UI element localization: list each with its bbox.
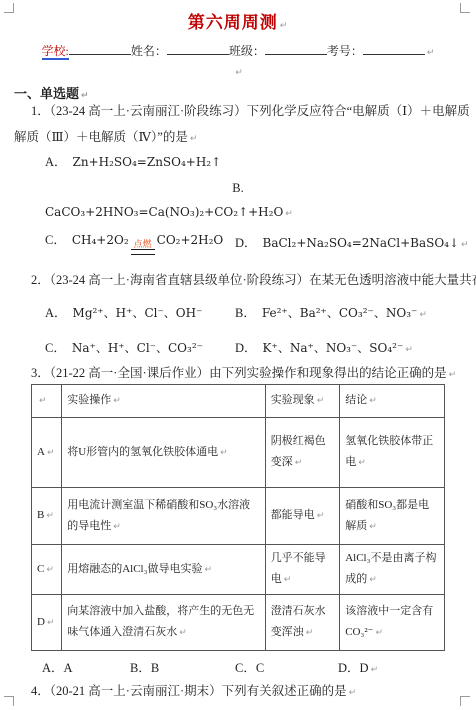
q2-option-d: D．K⁺、Na⁺、NO₃⁻、SO₄²⁻↵: [235, 338, 413, 356]
row-a-conclusion: 氢氧化铁胶体带正电↵: [340, 418, 445, 488]
row-conclusion: 该溶液中一定含有CO₃²⁻: [345, 605, 433, 638]
paragraph-mark: ↵: [375, 628, 383, 638]
q1-option-d-formula: BaCl₂+Na₂SO₄=2NaCl+BaSO₄↓: [263, 236, 460, 250]
paragraph-mark: ↵: [46, 565, 54, 575]
paragraph-mark: ↵: [204, 565, 212, 575]
student-info-line: 学校:姓名：班级：考号：↵: [0, 41, 476, 59]
row-letter: A: [37, 446, 45, 458]
paragraph-mark: ↵: [369, 575, 377, 585]
row-letter: B: [37, 509, 44, 521]
q1-option-b-label-line: B.: [0, 181, 476, 196]
q1-option-a-formula: Zn+H₂SO₄=ZnSO₄+H₂↑: [73, 155, 222, 169]
paragraph-mark: ↵: [47, 618, 55, 628]
header-empty-cell: ↵: [32, 385, 62, 418]
row-a-operation: 将U形管内的氢氧化铁胶体通电↵: [62, 418, 265, 488]
q2-option-b-label: B．: [235, 306, 256, 320]
school-label-underline: 学校:: [42, 44, 69, 59]
question-4: 4．（20-21 高一上·云南丽江·期末）下列有关叙述正确的是↵: [31, 681, 356, 699]
q2-option-c: C．Na⁺、H⁺、Cl⁻、CO₃²⁻: [45, 338, 203, 356]
section-heading-text: 一、单选题: [14, 86, 79, 101]
school-label: 学校:: [42, 44, 69, 60]
row-b-phenomenon: 都能导电↵: [265, 488, 340, 545]
q1-option-d-label: D．: [235, 236, 257, 250]
row-letter: C: [37, 563, 44, 575]
header-operation-text: 实验操作: [67, 394, 111, 406]
page-title: 第六周周测↵: [0, 8, 476, 33]
question-1-line-2: 解质（Ⅲ）＋电解质（Ⅳ）”的是↵: [14, 127, 197, 145]
row-operation: 用电流计测室温下稀硝酸和SO₃水溶液的导电性: [67, 499, 250, 532]
q2-option-d-ions: K⁺、Na⁺、NO₃⁻、SO₄²⁻: [263, 341, 404, 355]
question-1-text: 1．（23-24 高一上·云南丽江·阶段练习）下列化学反应符合“电解质（Ⅰ）＋电…: [31, 104, 476, 118]
q3-answer-b: B．B: [130, 658, 159, 676]
q1-option-c: C．CH₄+2O₂点燃CO₂+2H₂O: [45, 230, 223, 255]
row-conclusion: 硝酸和SO₃都是电解质: [345, 499, 429, 532]
q1-option-b-formula: CaCO₃+2HNO₃=Ca(NO₃)₂+CO₂↑+H₂O: [45, 205, 283, 219]
paragraph-mark: ↵: [39, 396, 47, 406]
row-operation: 用熔融态的AlCl₃做导电实验: [67, 563, 202, 575]
q2-option-c-label: C．: [45, 341, 66, 355]
row-conclusion: AlCl₃不是由离子构成的: [345, 552, 436, 585]
question-3-text: 3．（21-22 高一·全国·课后作业）由下列实验操作和现象得出的结论正确的是: [31, 366, 447, 380]
row-phenomenon: 几乎不能导电: [271, 552, 326, 585]
q1-option-c-label: C．: [45, 233, 66, 247]
paragraph-mark: ↵: [371, 665, 379, 675]
q1-option-a: A．Zn+H₂SO₄=ZnSO₄+H₂↑: [45, 152, 221, 170]
paragraph-mark: ↵: [81, 91, 89, 101]
question-4-text: 4．（20-21 高一上·云南丽江·期末）下列有关叙述正确的是: [31, 684, 347, 698]
paragraph-mark: ↵: [369, 396, 377, 406]
paragraph-mark: ↵: [47, 448, 55, 458]
q3-answer-a: A．A: [42, 658, 73, 676]
q1-option-c-formula-left: CH₄+2O₂: [72, 233, 129, 247]
page-title-text: 第六周周测: [188, 13, 278, 32]
exam-no-blank: [363, 41, 425, 55]
header-conclusion-text: 结论: [345, 394, 367, 406]
document-page: 第六周周测↵ 学校:姓名：班级：考号：↵ ↵ 一、单选题↵ 1．（23-24 高…: [0, 0, 476, 710]
page-corner-mark-bottom-left: [4, 696, 14, 706]
q1-option-b-formula-line: CaCO₃+2HNO₃=Ca(NO₃)₂+CO₂↑+H₂O↵: [45, 205, 293, 220]
school-blank: [69, 41, 131, 55]
row-c-phenomenon: 几乎不能导电↵: [265, 545, 340, 595]
experiment-table: ↵ 实验操作↵ 实验现象↵ 结论↵ A↵ 将U形管内的氢氧化铁胶体通电↵ 阴极红…: [31, 384, 445, 651]
empty-paragraph: ↵: [0, 62, 476, 80]
question-1-text-cont: 解质（Ⅲ）＋电解质（Ⅳ）”的是: [14, 130, 188, 144]
q2-option-d-label: D．: [235, 341, 257, 355]
paragraph-mark: ↵: [369, 522, 377, 532]
q1-option-c-formula-right: CO₂+2H₂O: [157, 233, 224, 247]
q2-option-c-ions: Na⁺、H⁺、Cl⁻、CO₃²⁻: [72, 341, 203, 355]
combustion-condition-over-equals: 点燃: [131, 239, 155, 255]
section-heading: 一、单选题↵: [14, 83, 89, 102]
row-c-letter: C↵: [32, 545, 62, 595]
paragraph-mark: ↵: [113, 396, 121, 406]
exam-no-label: 考号：: [327, 44, 363, 58]
row-d-operation: 向某溶液中加入盐酸，将产生的无色无味气体通入澄清石灰水↵: [62, 595, 265, 651]
row-a-phenomenon: 阴极红褐色变深↵: [265, 418, 340, 488]
table-row-c: C↵ 用熔融态的AlCl₃做导电实验↵ 几乎不能导电↵ AlCl₃不是由离子构成…: [32, 545, 445, 595]
q3-answer-c: C．C: [235, 658, 264, 676]
q3-answer-a-text: A．A: [42, 661, 73, 675]
row-operation: 向某溶液中加入盐酸，将产生的无色无味气体通入澄清石灰水: [67, 605, 254, 638]
table-header-row: ↵ 实验操作↵ 实验现象↵ 结论↵: [32, 385, 445, 418]
table-row-d: D↵ 向某溶液中加入盐酸，将产生的无色无味气体通入澄清石灰水↵ 澄清石灰水变浑浊…: [32, 595, 445, 651]
paragraph-mark: ↵: [280, 21, 289, 31]
paragraph-mark: ↵: [235, 68, 243, 78]
row-d-letter: D↵: [32, 595, 62, 651]
page-corner-mark-bottom-right: [460, 696, 470, 706]
q2-option-a: A．Mg²⁺、H⁺、Cl⁻、OH⁻: [45, 303, 202, 321]
paragraph-mark: ↵: [220, 448, 228, 458]
paragraph-mark: ↵: [113, 522, 121, 532]
class-label: 班级：: [229, 44, 265, 58]
paragraph-mark: ↵: [190, 134, 198, 144]
combustion-condition-label: 点燃: [134, 239, 152, 249]
paragraph-mark: ↵: [317, 511, 325, 521]
q3-answer-c-text: C．C: [235, 661, 264, 675]
paragraph-mark: ↵: [295, 458, 303, 468]
paragraph-mark: ↵: [284, 575, 292, 585]
row-phenomenon: 澄清石灰水变浑浊: [271, 605, 326, 638]
question-2-text: 2．（23-24 高一上·海南省直辖县级单位·阶段练习）在某无色透明溶液中能大量…: [31, 273, 476, 287]
q1-option-b-label: B.: [232, 181, 243, 195]
paragraph-mark: ↵: [427, 48, 435, 58]
paragraph-mark: ↵: [46, 511, 54, 521]
class-blank: [265, 41, 327, 55]
row-d-conclusion: 该溶液中一定含有CO₃²⁻↵: [340, 595, 445, 651]
name-label: 姓名：: [131, 44, 167, 58]
table-row-a: A↵ 将U形管内的氢氧化铁胶体通电↵ 阴极红褐色变深↵ 氢氧化铁胶体带正电↵: [32, 418, 445, 488]
row-b-letter: B↵: [32, 488, 62, 545]
paragraph-mark: ↵: [349, 688, 357, 698]
header-operation: 实验操作↵: [62, 385, 265, 418]
q2-option-b-ions: Fe²⁺、Ba²⁺、CO₃²⁻、NO₃⁻: [262, 306, 418, 320]
question-1-line-1: 1．（23-24 高一上·云南丽江·阶段练习）下列化学反应符合“电解质（Ⅰ）＋电…: [31, 101, 476, 119]
q3-answer-b-text: B．B: [130, 661, 159, 675]
row-b-conclusion: 硝酸和SO₃都是电解质↵: [340, 488, 445, 545]
paragraph-mark: ↵: [358, 458, 366, 468]
q1-option-a-label: A．: [45, 155, 67, 169]
double-equals-line: [131, 249, 155, 255]
q2-option-b: B．Fe²⁺、Ba²⁺、CO₃²⁻、NO₃⁻↵: [235, 303, 427, 321]
paragraph-mark: ↵: [179, 628, 187, 638]
row-c-operation: 用熔融态的AlCl₃做导电实验↵: [62, 545, 265, 595]
question-2: 2．（23-24 高一上·海南省直辖县级单位·阶段练习）在某无色透明溶液中能大量…: [31, 270, 476, 288]
row-operation: 将U形管内的氢氧化铁胶体通电: [67, 446, 218, 458]
question-3: 3．（21-22 高一·全国·课后作业）由下列实验操作和现象得出的结论正确的是↵: [31, 363, 456, 381]
row-phenomenon: 都能导电: [271, 509, 315, 521]
paragraph-mark: ↵: [306, 628, 314, 638]
paragraph-mark: ↵: [461, 240, 469, 250]
paragraph-mark: ↵: [449, 370, 457, 380]
header-phenomenon-text: 实验现象: [271, 394, 315, 406]
row-a-letter: A↵: [32, 418, 62, 488]
row-d-phenomenon: 澄清石灰水变浑浊↵: [265, 595, 340, 651]
q1-option-d: D．BaCl₂+Na₂SO₄=2NaCl+BaSO₄↓↵: [235, 233, 469, 251]
q2-option-a-ions: Mg²⁺、H⁺、Cl⁻、OH⁻: [73, 306, 203, 320]
paragraph-mark: ↵: [405, 345, 413, 355]
header-conclusion: 结论↵: [340, 385, 445, 418]
paragraph-mark: ↵: [419, 310, 427, 320]
q3-answer-d-text: D．D: [338, 661, 369, 675]
name-blank: [167, 41, 229, 55]
q2-option-a-label: A．: [45, 306, 67, 320]
paragraph-mark: ↵: [317, 396, 325, 406]
table-row-b: B↵ 用电流计测室温下稀硝酸和SO₃水溶液的导电性↵ 都能导电↵ 硝酸和SO₃都…: [32, 488, 445, 545]
row-letter: D: [37, 616, 45, 628]
row-b-operation: 用电流计测室温下稀硝酸和SO₃水溶液的导电性↵: [62, 488, 265, 545]
row-c-conclusion: AlCl₃不是由离子构成的↵: [340, 545, 445, 595]
header-phenomenon: 实验现象↵: [265, 385, 340, 418]
q3-answer-d: D．D↵: [338, 658, 378, 676]
paragraph-mark: ↵: [285, 209, 293, 219]
